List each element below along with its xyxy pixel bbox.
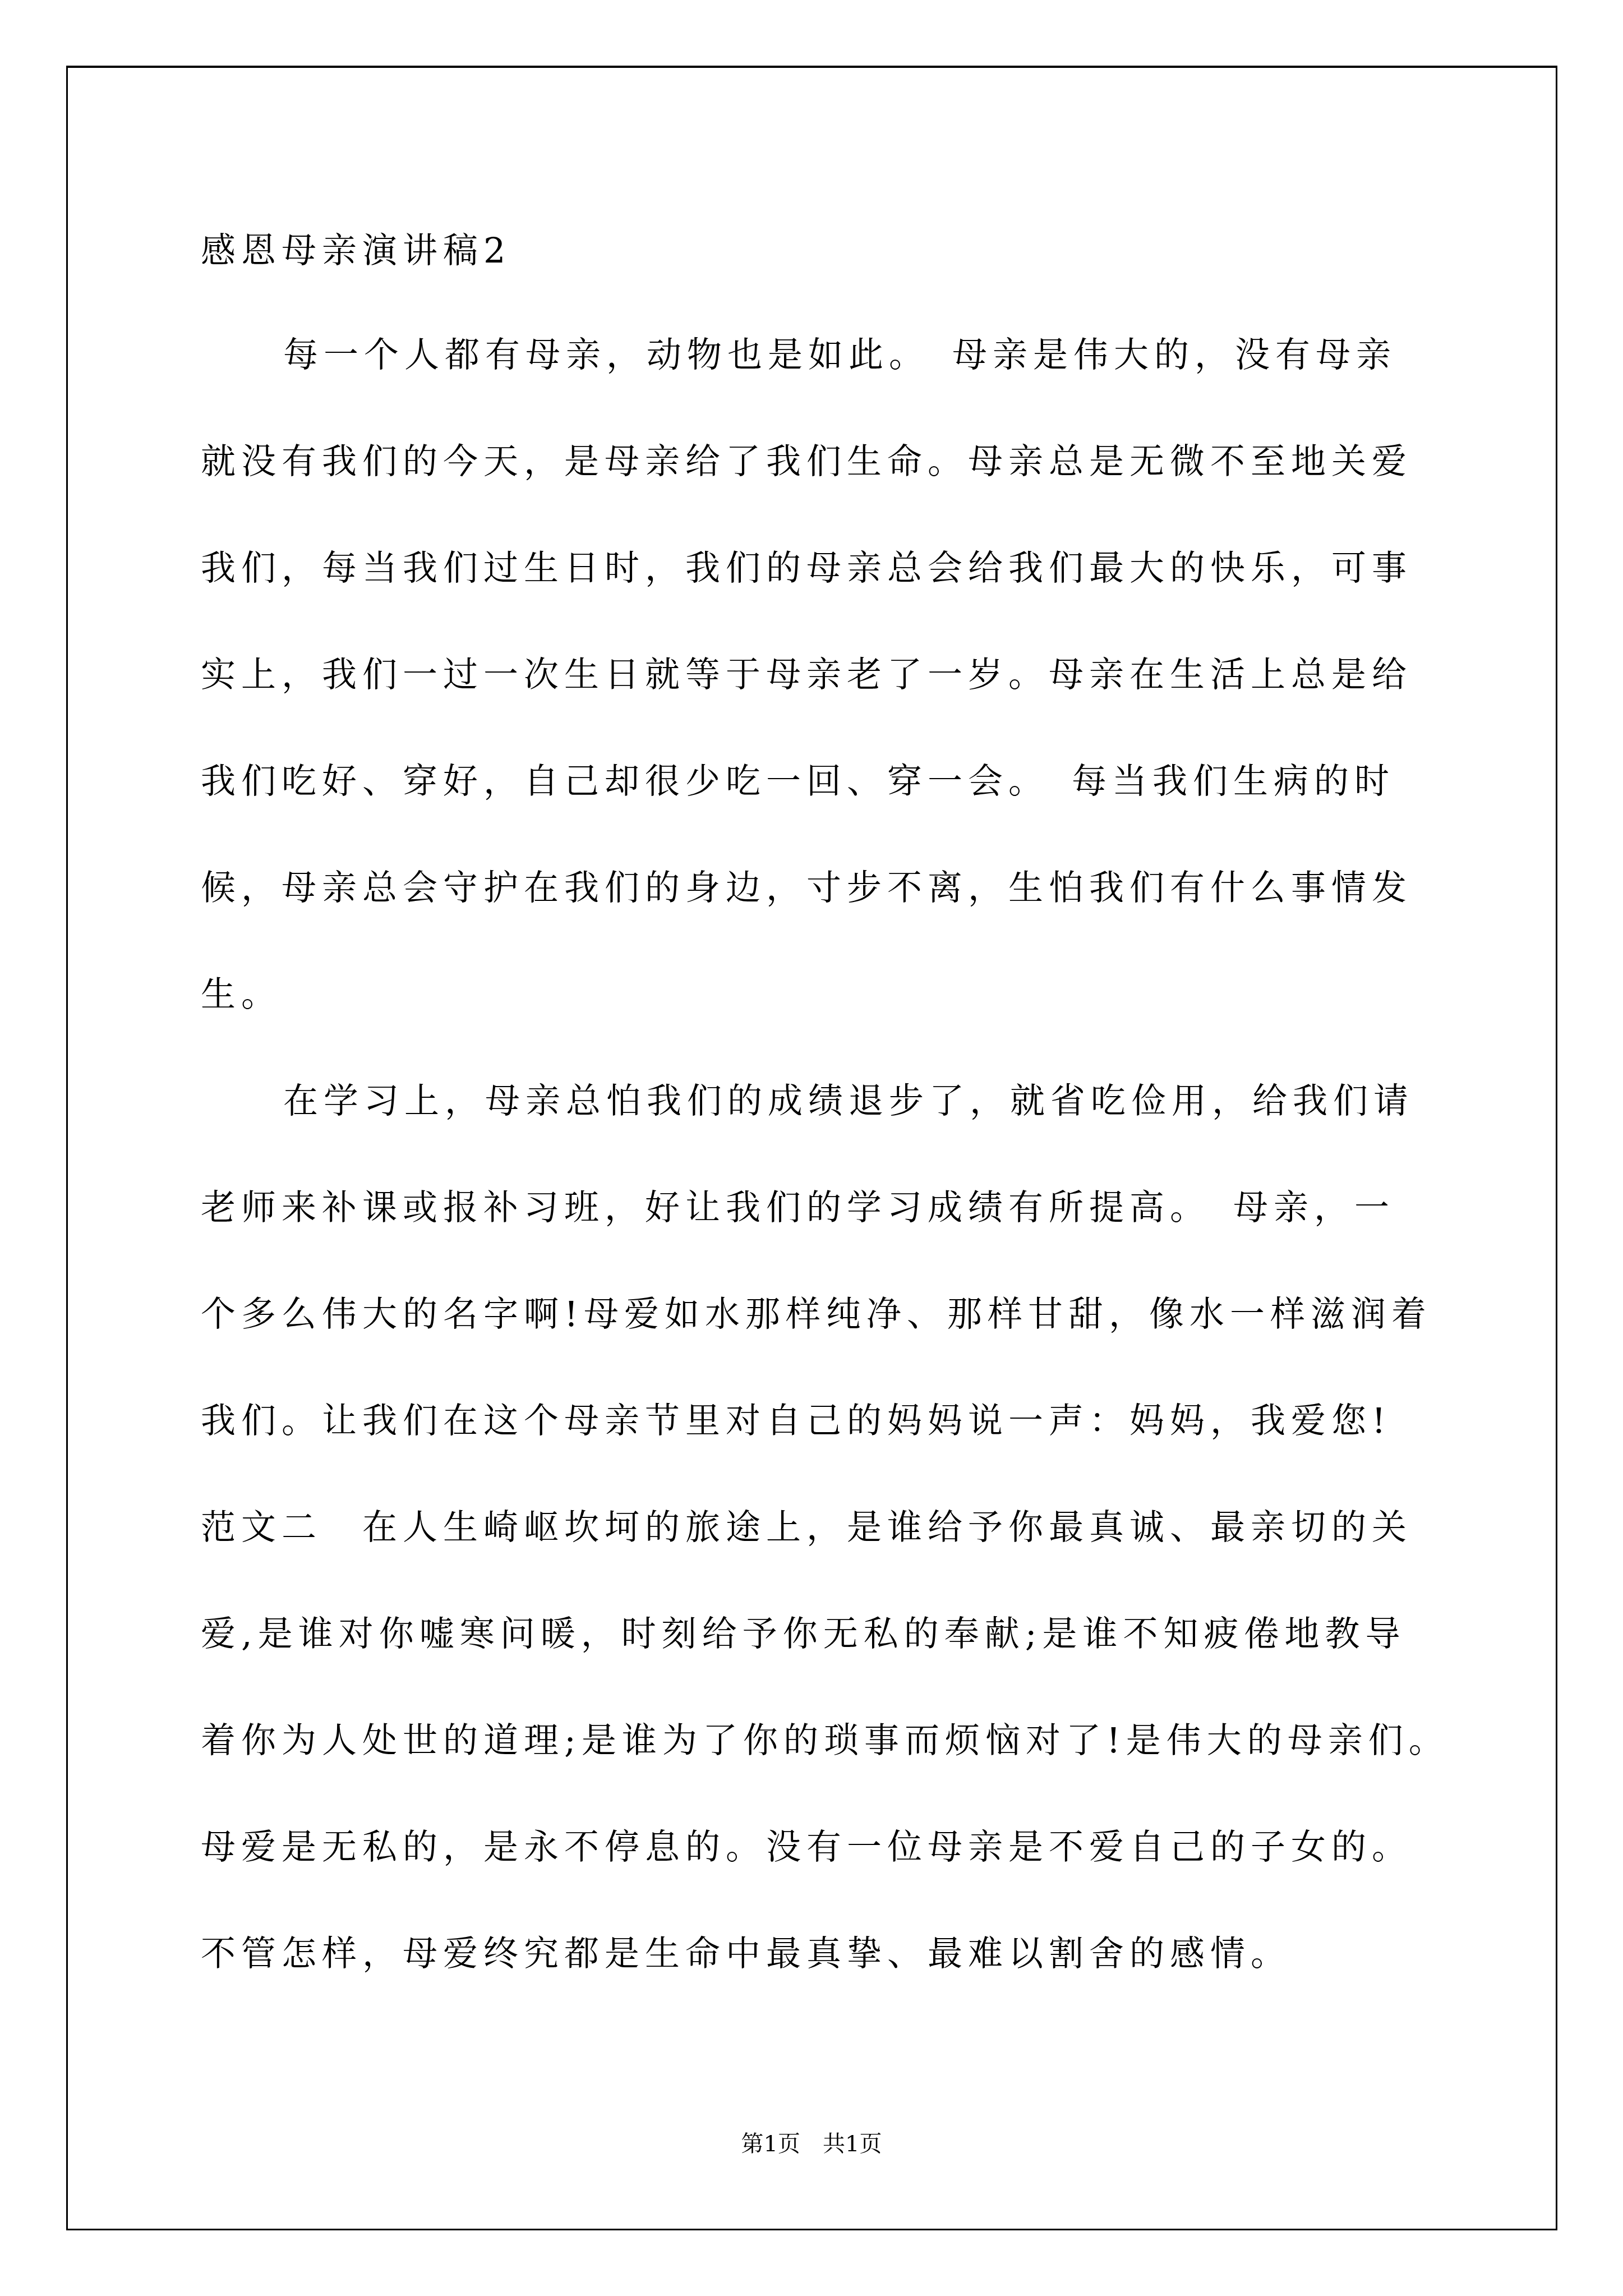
text-line: 母爱是无私的，是永不停息的。没有一位母亲是不爱自己的子女的。	[201, 1794, 1412, 1901]
text-line: 个多么伟大的名字啊!母爱如水那样纯净、那样甘甜，像水一样滋润着	[201, 1261, 1432, 1368]
text-line: 每一个人都有母亲，动物也是如此。 母亲是伟大的，没有母亲	[283, 302, 1396, 408]
text-line: 实上，我们一过一次生日就等于母亲老了一岁。母亲在生活上总是给	[201, 622, 1412, 728]
text-line: 我们，每当我们过生日时，我们的母亲总会给我们最大的快乐，可事	[201, 515, 1412, 622]
text-line: 在学习上，母亲总怕我们的成绩退步了，就省吃俭用，给我们请	[283, 1048, 1414, 1154]
page-footer: 第1页 共1页	[0, 2127, 1623, 2161]
text-line: 老师来补课或报补习班，好让我们的学习成绩有所提高。 母亲，一	[201, 1154, 1395, 1261]
text-line: 范文二 在人生崎岖坎坷的旅途上，是谁给予你最真诚、最亲切的关	[201, 1474, 1412, 1581]
text-line: 爱,是谁对你嘘寒问暖，时刻给予你无私的奉献;是谁不知疲倦地教导	[201, 1581, 1406, 1687]
text-line: 我们。让我们在这个母亲节里对自己的妈妈说一声：妈妈，我爱您!	[201, 1368, 1391, 1474]
text-line: 就没有我们的今天，是母亲给了我们生命。母亲总是无微不至地关爱	[201, 408, 1412, 515]
text-line: 我们吃好、穿好，自己却很少吃一回、穿一会。 每当我们生病的时	[201, 728, 1395, 835]
text-line: 不管怎样，母爱终究都是生命中最真挚、最难以割舍的感情。	[201, 1901, 1291, 2007]
text-line: 生。	[201, 941, 282, 1048]
text-line: 着你为人处世的道理;是谁为了你的琐事而烦恼对了!是伟大的母亲们。	[201, 1687, 1449, 1794]
text-line: 候，母亲总会守护在我们的身边，寸步不离，生怕我们有什么事情发	[201, 835, 1412, 941]
document-title: 感恩母亲演讲稿2	[201, 197, 511, 304]
